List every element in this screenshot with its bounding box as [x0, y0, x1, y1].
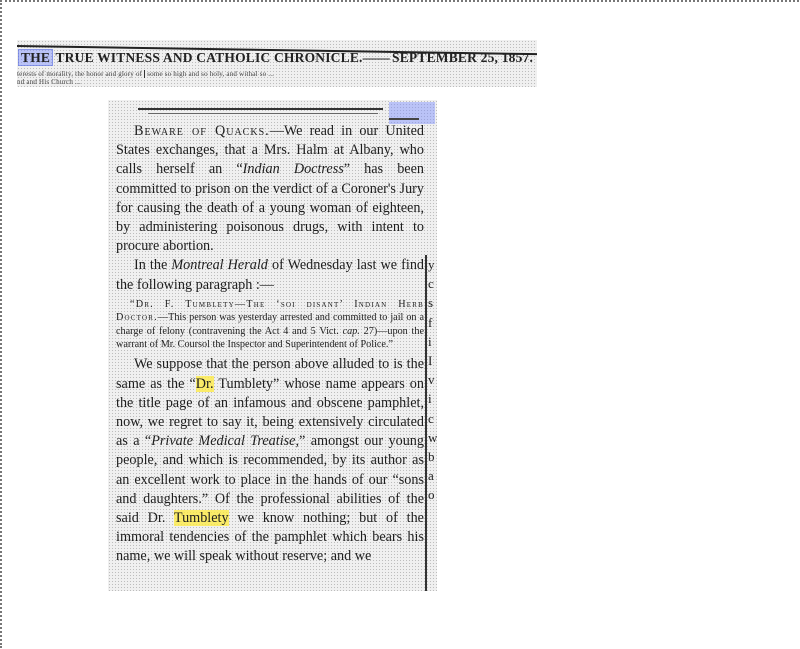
- masthead-clipping: THE TRUE WITNESS AND CATHOLIC CHRONICLE.…: [17, 40, 537, 87]
- masthead-title: THE TRUE WITNESS AND CATHOLIC CHRONICLE.…: [19, 50, 533, 66]
- highlight-dr: Dr.: [196, 376, 214, 392]
- highlight-tumblety: Tumblety: [174, 510, 229, 526]
- subline-1-right: some so high and so holy, and withal so …: [147, 70, 274, 78]
- adjacent-letter: a: [428, 466, 437, 485]
- article-heading: Beware of Quacks.: [134, 123, 270, 139]
- adjacent-letter: w: [428, 428, 437, 447]
- newspaper-title: TRUE WITNESS AND CATHOLIC CHRONICLE.: [55, 50, 362, 65]
- adjacent-letter: y: [428, 255, 437, 274]
- issue-date: SEPTEMBER 25, 1857.: [392, 50, 533, 65]
- para2-start: In the: [134, 257, 171, 273]
- adjacent-letter: c: [428, 409, 437, 428]
- column-vertical-rule: [425, 255, 427, 591]
- adjacent-letter: c: [428, 274, 437, 293]
- column-divider: [144, 70, 145, 78]
- highlighted-word-the: THE: [19, 50, 52, 65]
- quoted-paragraph: “Dr. F. Tumblety—The ‘soi disant’ Indian…: [116, 298, 424, 352]
- paragraph-tumblety: We suppose that the person above alluded…: [116, 355, 424, 566]
- adjacent-letter: b: [428, 447, 437, 466]
- column-top-rule-secondary: [148, 113, 378, 114]
- para1-italic: Indian Doctress: [243, 161, 344, 177]
- adjacent-letter: f: [428, 313, 437, 332]
- adjacent-letter: o: [428, 485, 437, 504]
- subline-1-left: terests of morality, the honor and glory…: [17, 70, 142, 78]
- adjacent-letter: s: [428, 293, 437, 312]
- paragraph-herald: In the Montreal Herald of Wednesday last…: [116, 256, 424, 294]
- corner-highlight: [389, 102, 435, 124]
- para3-italic: Private Medical Treatise,: [151, 433, 299, 449]
- adjacent-column-fragment: y c s f i I v i c w b a o: [428, 255, 437, 505]
- quote-italic: cap.: [343, 326, 360, 337]
- column-top-rule: [138, 108, 383, 110]
- title-separator: ——: [363, 50, 390, 65]
- adjacent-letter: i: [428, 332, 437, 351]
- masthead-subline-2: nd and His Church ...: [17, 78, 81, 86]
- article-clipping: Beware of Quacks.—We read in our United …: [108, 100, 437, 591]
- article-text: Beware of Quacks.—We read in our United …: [116, 122, 424, 567]
- paragraph-beware: Beware of Quacks.—We read in our United …: [116, 122, 424, 256]
- adjacent-letter: i: [428, 389, 437, 408]
- para2-italic: Montreal Herald: [171, 257, 268, 273]
- adjacent-letter: v: [428, 370, 437, 389]
- adjacent-letter: I: [428, 351, 437, 370]
- corner-rule: [389, 118, 419, 120]
